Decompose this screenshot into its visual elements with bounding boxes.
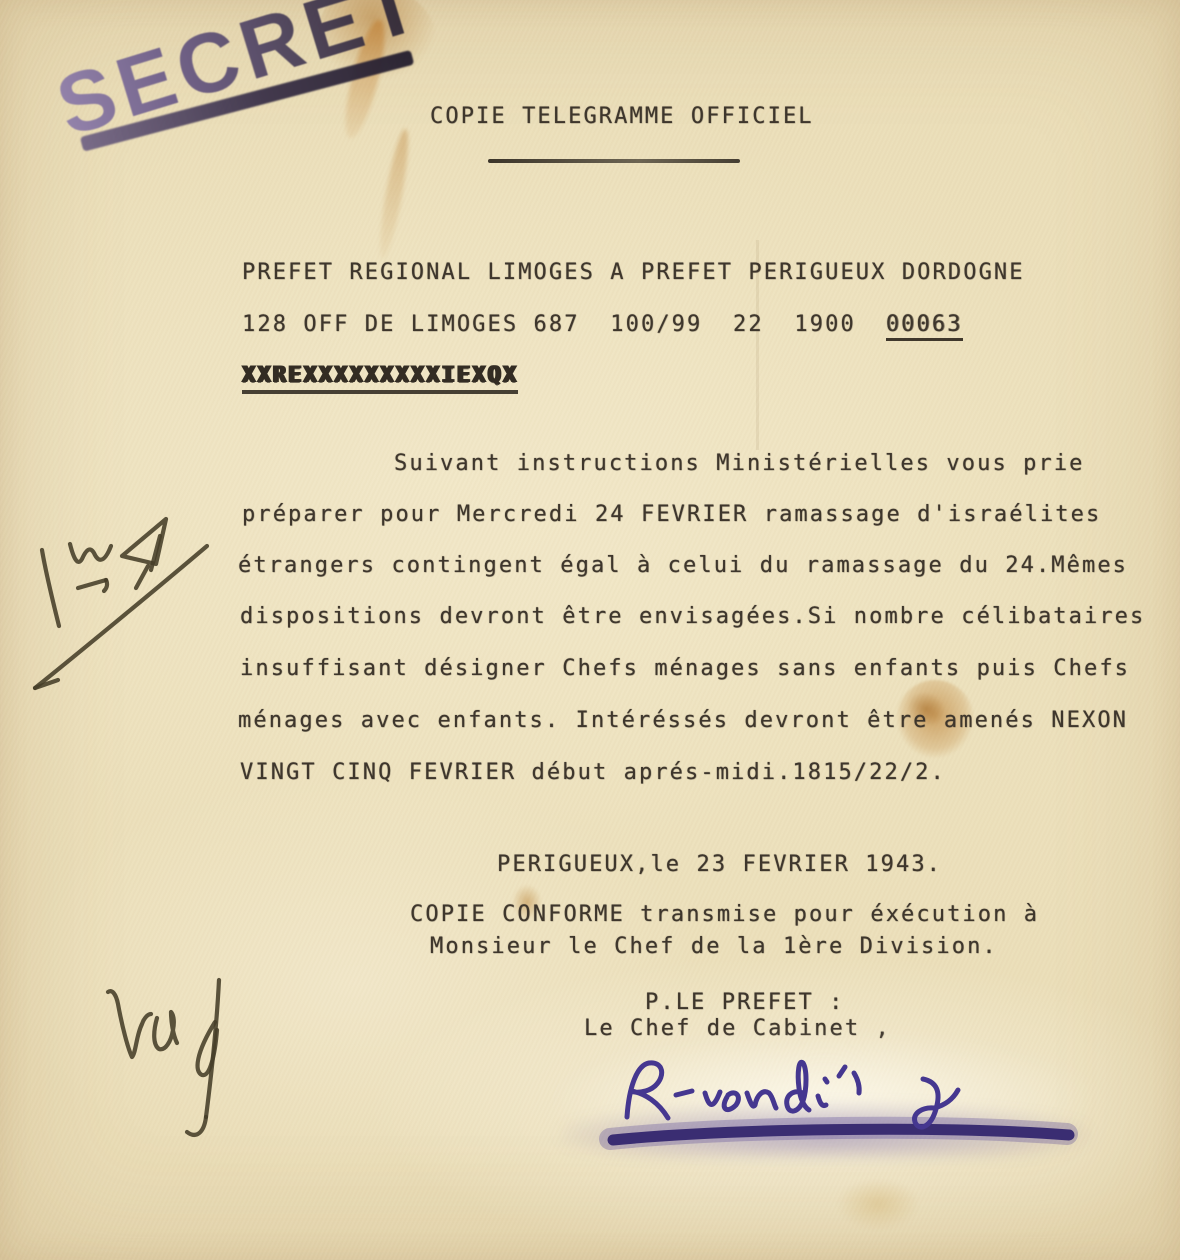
vu-u-stroke — [154, 1012, 177, 1049]
margin-arrow-tail — [136, 566, 148, 588]
telegram-code: 00063 — [886, 312, 963, 341]
telegram-address-line: PREFET REGIONAL LIMOGES A PREFET PERIGUE… — [242, 260, 1025, 285]
body-line: insuffisant désigner Chefs ménages sans … — [240, 643, 1130, 694]
paper-stain — [375, 128, 414, 261]
signature-stroke — [627, 1063, 668, 1118]
margin-note-one-stroke — [42, 550, 59, 626]
secret-stamp: SECRET — [48, 0, 437, 161]
body-line: Suivant instructions Ministérielles vous… — [242, 438, 1085, 489]
signature-stroke — [818, 1096, 826, 1106]
vu-mark — [90, 968, 260, 1168]
signoff-title: P.LE PREFET : — [645, 990, 845, 1015]
body-line: ménages avec enfants. Intéréssés devront… — [238, 695, 1128, 746]
paraph-stroke — [206, 980, 219, 1117]
dateline: PERIGUEUX,le 23 FEVRIER 1943. — [497, 852, 942, 877]
title-underline — [488, 159, 740, 163]
telegram-service-line: 128 OFF DE LIMOGES 687 100/99 22 1900000… — [242, 312, 963, 337]
body-line: dispositions devront être envisagées.Si … — [240, 591, 1145, 642]
margin-note-mark — [10, 498, 220, 708]
cancelled-text-line: XXREXXXXXXXXXIEXQX — [242, 363, 518, 394]
document-title: COPIE TELEGRAMME OFFICIEL — [430, 104, 814, 129]
body-line: préparer pour Mercredi 24 FEVRIER ramass… — [242, 489, 1101, 540]
signature-stroke — [854, 1073, 859, 1093]
telegram-document: SECRET COPIE TELEGRAMME OFFICIEL PREFET … — [0, 0, 1180, 1260]
vu-v-stroke — [108, 991, 151, 1057]
margin-note-w-stroke — [70, 544, 111, 562]
signature-stroke — [839, 1067, 845, 1076]
copy-note-line1: COPIE CONFORME transmise pour éxécution … — [410, 902, 1039, 927]
copy-note-line2: Monsieur le Chef de la 1ère Division. — [430, 934, 998, 959]
signature-stroke — [825, 1079, 827, 1082]
signature-stroke — [747, 1092, 776, 1108]
body-line: étrangers contingent égal à celui du ram… — [238, 540, 1128, 591]
margin-slash — [35, 546, 207, 688]
body-line: VINGT CINQ FEVRIER début aprés-midi.1815… — [240, 747, 946, 798]
signature-stroke — [724, 1093, 738, 1110]
paper-stain — [836, 1178, 920, 1230]
paraph-hook — [187, 1117, 206, 1135]
signature-stroke — [787, 1062, 809, 1111]
margin-note-underline — [78, 580, 106, 588]
telegram-service-numbers: 128 OFF DE LIMOGES 687 100/99 22 1900 — [242, 312, 856, 337]
signature-stroke — [676, 1091, 692, 1095]
signature-stroke — [705, 1092, 720, 1105]
handwritten-signature — [555, 1035, 1085, 1170]
margin-note-tail — [104, 580, 107, 591]
